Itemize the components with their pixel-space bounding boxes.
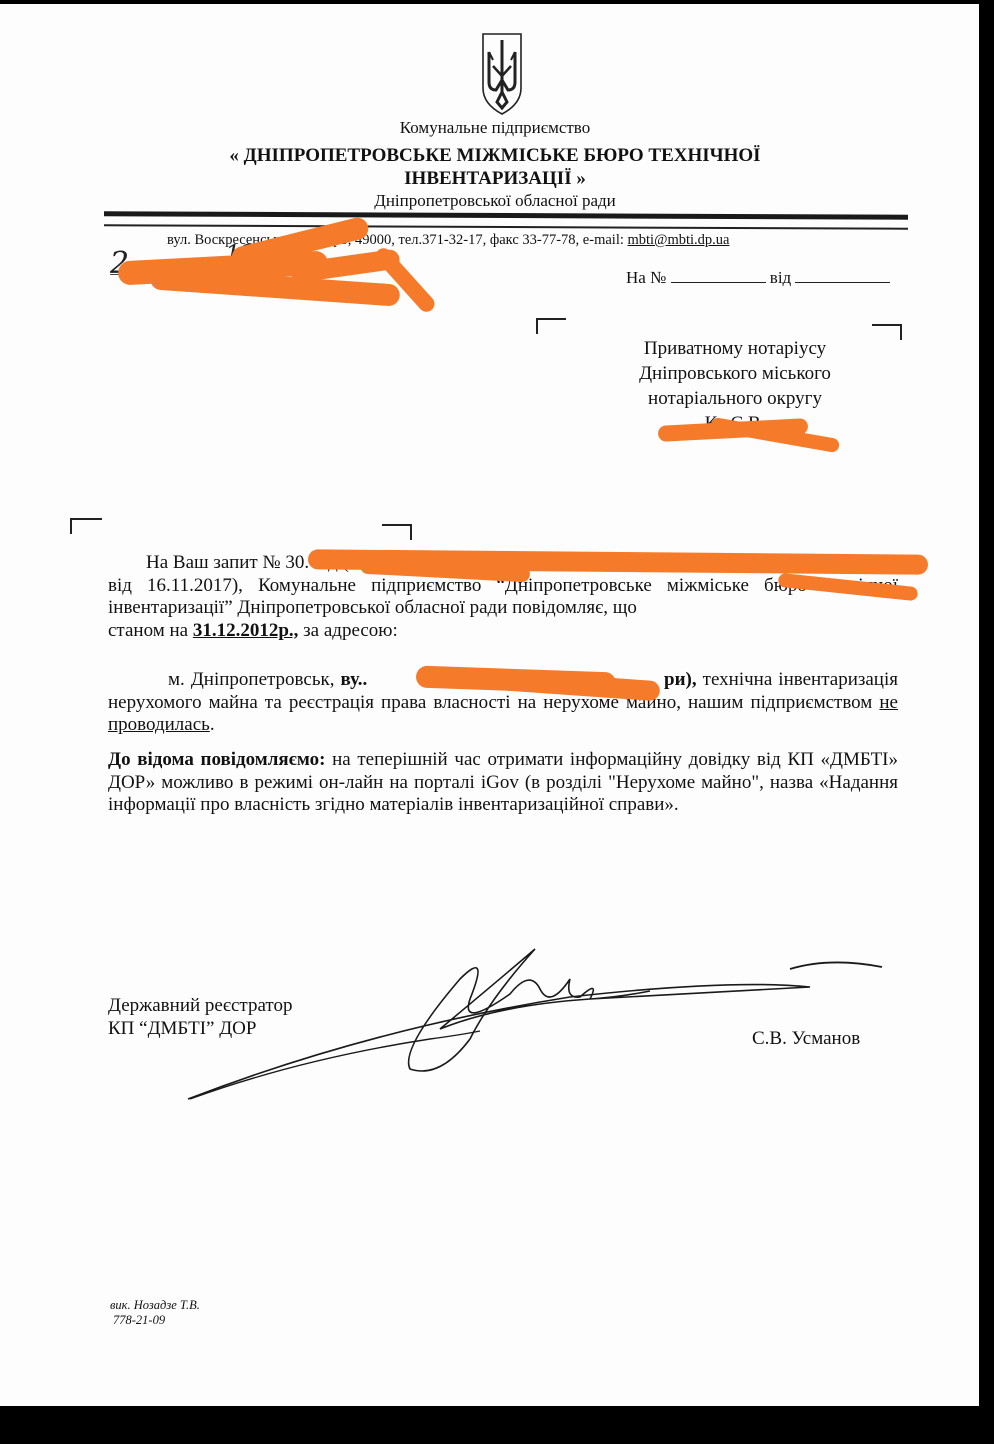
ref-number-label: На № xyxy=(626,268,666,287)
ref-date-label: від xyxy=(770,268,791,287)
corner-mark-tl xyxy=(536,318,566,334)
ref-number-blank xyxy=(671,266,766,283)
incoming-reference: На № від xyxy=(626,266,890,288)
para1-status-line: станом на 31.12.2012р., за адресою: xyxy=(108,620,898,643)
org-name-line1: « ДНІПРОПЕТРОВСЬКЕ МІЖМІСЬКЕ БЮРО ТЕХНІЧ… xyxy=(0,145,990,167)
addressee-line1: Приватному нотаріусу xyxy=(600,336,870,361)
corner-mark-tr xyxy=(872,324,902,340)
executor-phone: 778-21-09 xyxy=(110,1313,200,1328)
status-date: 31.12.2012р., xyxy=(193,620,299,641)
corner-mark-body-tr xyxy=(382,524,412,540)
signatory-name: С.В. Усманов xyxy=(752,1028,860,1050)
handwritten-signature xyxy=(170,939,890,1109)
ref-date-blank xyxy=(795,266,890,283)
notice-heading: До відома повідомляємо: xyxy=(108,749,325,770)
city-text: м. Дніпропетровськ, xyxy=(168,669,341,690)
email-link[interactable]: mbti@mbti.dp.ua xyxy=(628,232,730,248)
org-type-label: Комунальне підприємство xyxy=(0,118,990,138)
corner-mark-body-tl xyxy=(70,518,102,534)
executor-name: вик. Нозадзе Т.В. xyxy=(110,1298,200,1313)
paragraph-notice: До відома повідомляємо: на теперішній ча… xyxy=(108,749,898,817)
addressee-line3: нотаріального округу xyxy=(600,386,870,411)
org-parent-label: Дніпропетровської обласної ради xyxy=(0,191,990,211)
document-page: Комунальне підприємство « ДНІПРОПЕТРОВСЬ… xyxy=(0,4,979,1406)
letterhead-rule-thick xyxy=(104,211,908,220)
trident-emblem-icon xyxy=(480,30,524,116)
addressee-line2: Дніпровського міського xyxy=(600,361,870,386)
letterhead-rule-thin xyxy=(104,224,908,229)
executor-info: вик. Нозадзе Т.В. 778-21-09 xyxy=(110,1298,200,1328)
org-name-line2: ІНВЕНТАРИЗАЦІЇ » xyxy=(0,168,990,190)
